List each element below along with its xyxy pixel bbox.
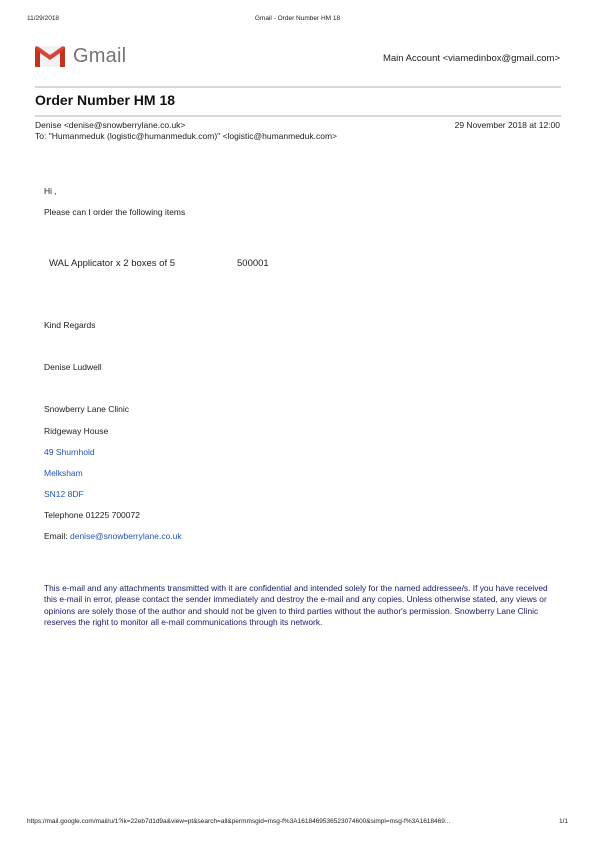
gmail-logo[interactable]: Gmail [34, 45, 126, 68]
greeting: Hi , [44, 186, 57, 196]
gmail-wordmark: Gmail [73, 45, 126, 68]
divider [35, 115, 561, 117]
request-text: Please can I order the following items [44, 207, 185, 217]
signature-building: Ridgeway House [44, 426, 108, 436]
page-number: 1/1 [559, 818, 568, 825]
divider [35, 86, 561, 88]
gmail-envelope-icon [34, 45, 66, 68]
sender-name: Denise Ludwell [44, 362, 102, 372]
signature-street-link[interactable]: 49 Shurnhold [44, 447, 95, 457]
signature-email-link[interactable]: denise@snowberrylane.co.uk [70, 531, 182, 541]
email-recipient: To: "Humanmeduk (logistic@humanmeduk.com… [35, 131, 337, 141]
closing: Kind Regards [44, 320, 96, 330]
email-subject: Order Number HM 18 [35, 92, 175, 108]
signature-town-link[interactable]: Melksham [44, 468, 83, 478]
email-sender: Denise <denise@snowberrylane.co.uk> [35, 120, 185, 130]
order-code: 500001 [237, 258, 269, 269]
disclaimer: This e-mail and any attachments transmit… [44, 583, 554, 629]
signature-postcode-link[interactable]: SN12 8DF [44, 489, 84, 499]
print-title: Gmail - Order Number HM 18 [0, 15, 595, 22]
order-item: WAL Applicator x 2 boxes of 5 [49, 258, 175, 269]
signature-telephone: Telephone 01225 700072 [44, 510, 140, 520]
print-url: https://mail.google.com/mail/u/1?ik=22eb… [27, 818, 450, 825]
signature-email-row: Email: denise@snowberrylane.co.uk [44, 531, 182, 541]
account-label: Main Account <viamedinbox@gmail.com> [383, 53, 560, 64]
signature-clinic: Snowberry Lane Clinic [44, 404, 129, 414]
email-date: 29 November 2018 at 12:00 [455, 120, 560, 130]
signature-email-label: Email: [44, 531, 68, 541]
